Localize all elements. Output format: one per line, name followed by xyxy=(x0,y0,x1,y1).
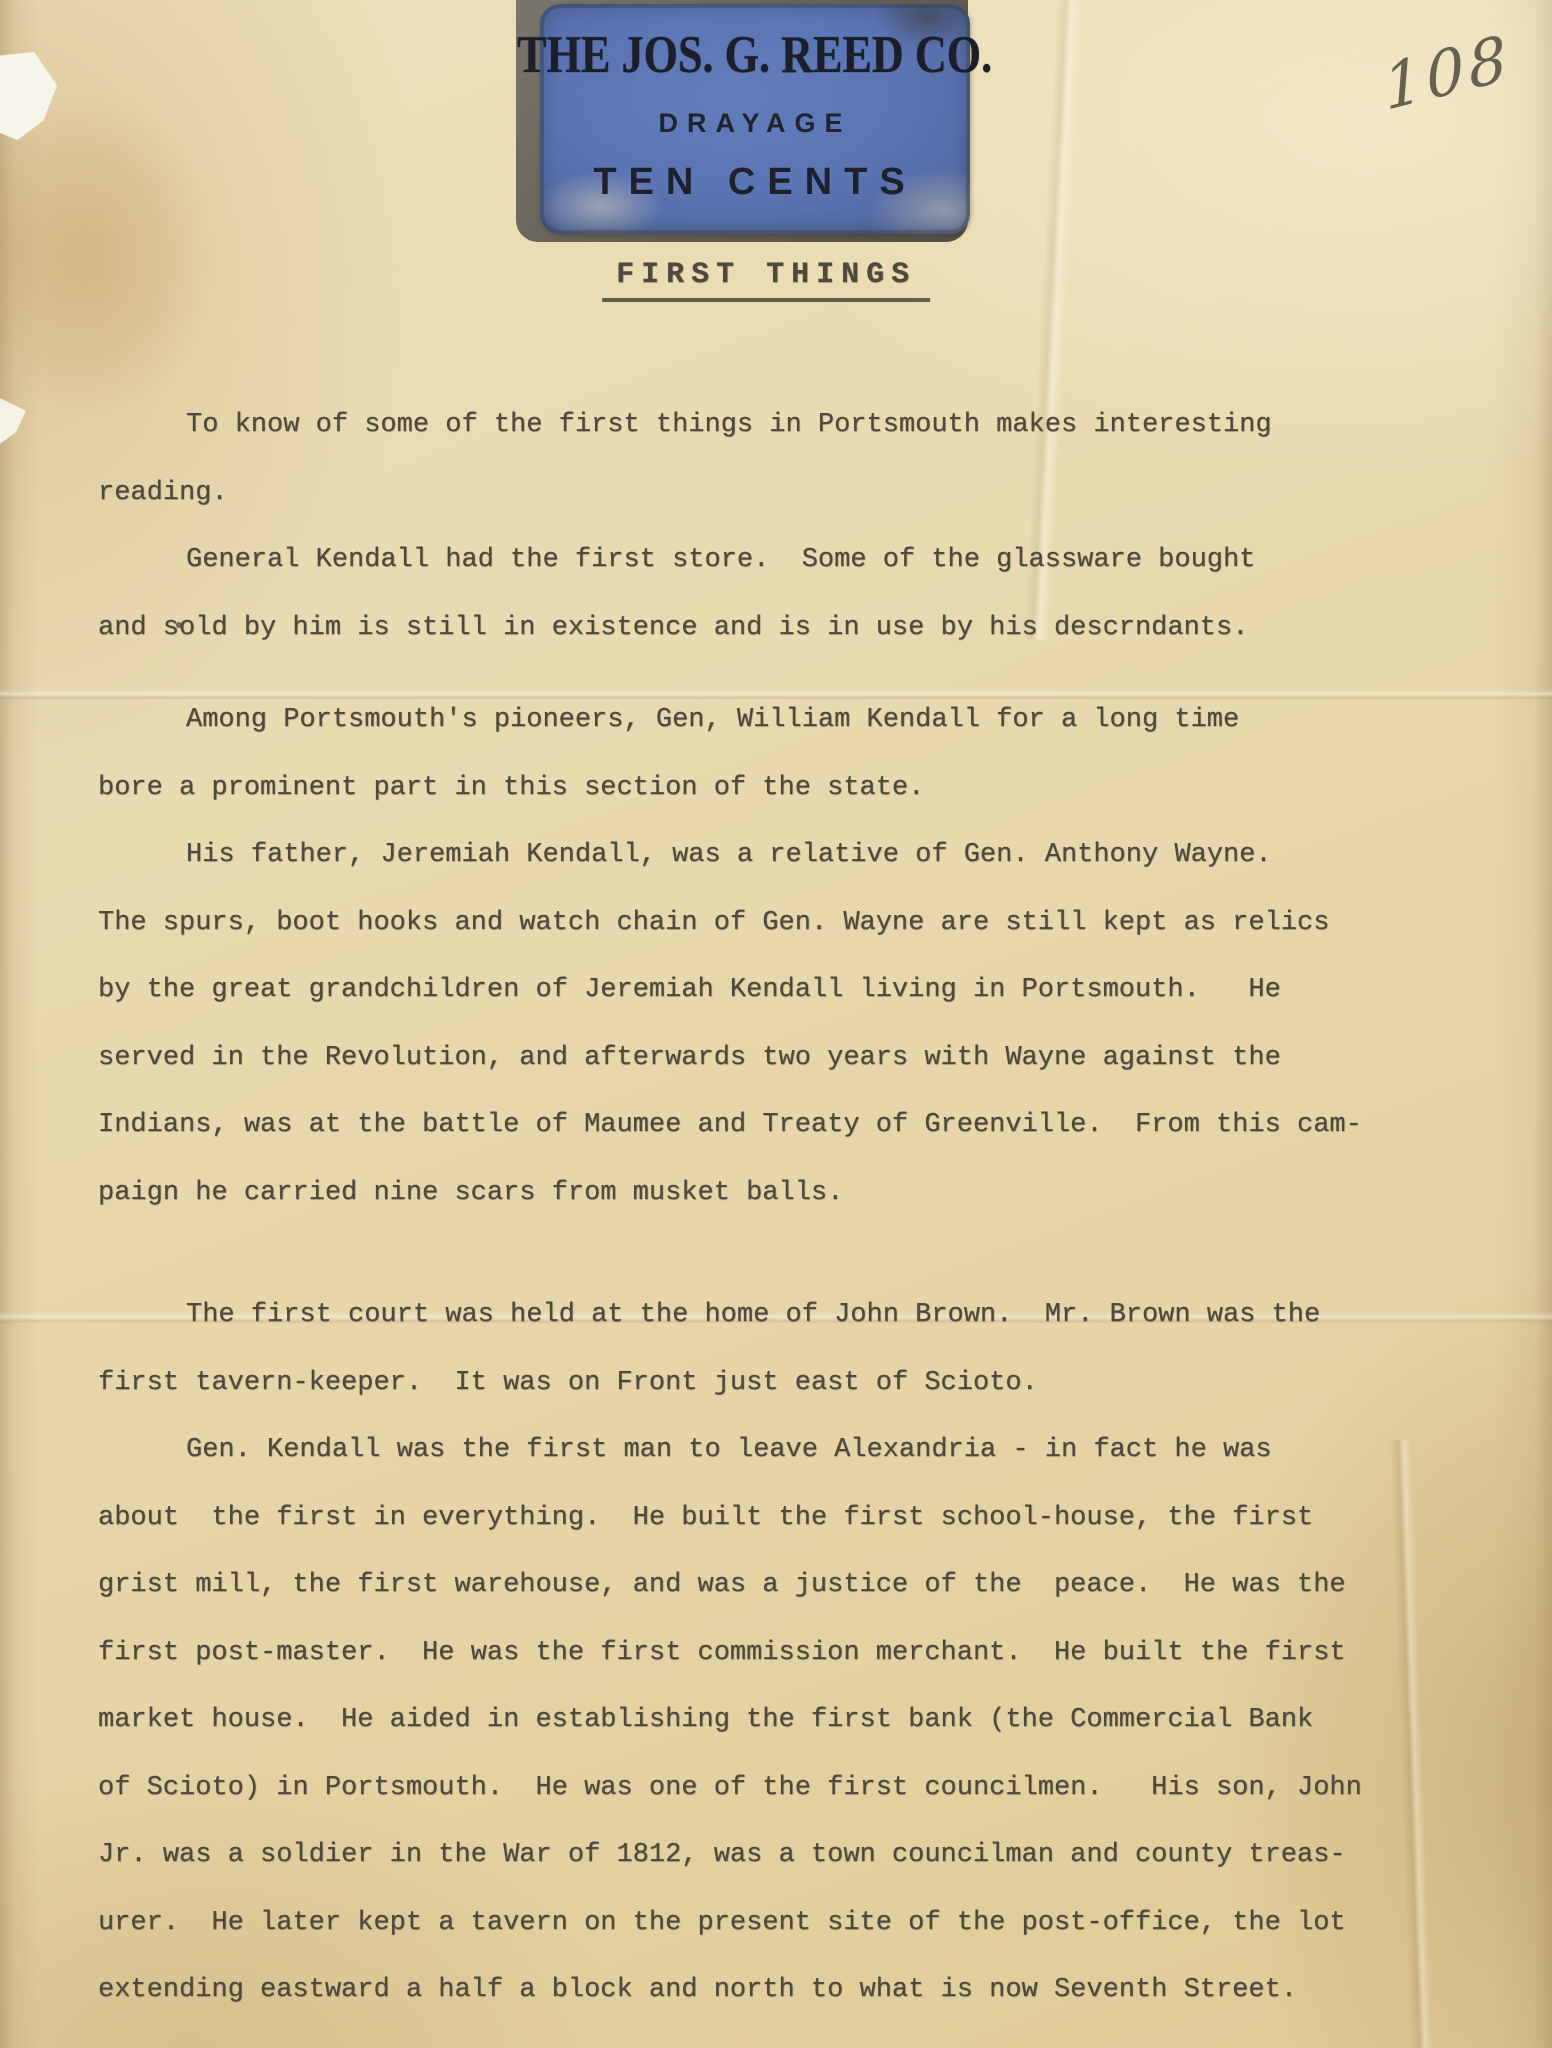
paper-sheet: THE JOS. G. REED CO. DRAYAGE TEN CENTS 1… xyxy=(0,0,1552,2048)
text-line: of Scioto) in Portsmouth. He was one of … xyxy=(98,1755,1458,1823)
text-line: first tavern-keeper. It was on Front jus… xyxy=(98,1350,1458,1418)
text-line: about the first in everything. He built … xyxy=(98,1485,1458,1553)
text-line: To know of some of the first things in P… xyxy=(98,392,1458,460)
text-line: by the great grandchildren of Jeremiah K… xyxy=(98,957,1458,1025)
paragraph: Gen. Kendall was the first man to leave … xyxy=(98,1417,1458,2025)
text-line: and sold by him is still in existence an… xyxy=(98,595,1458,663)
text-line: market house. He aided in establishing t… xyxy=(98,1687,1458,1755)
torn-edge-chip xyxy=(0,52,62,140)
text-line: paign he carried nine scars from musket … xyxy=(98,1160,1458,1228)
drayage-ticket-stamp: THE JOS. G. REED CO. DRAYAGE TEN CENTS xyxy=(540,4,970,234)
paragraph: Among Portsmouth's pioneers, Gen, Willia… xyxy=(98,687,1458,822)
text-line: extending eastward a half a block and no… xyxy=(98,1957,1458,2025)
text-line: Among Portsmouth's pioneers, Gen, Willia… xyxy=(98,687,1458,755)
ticket-company-name: THE JOS. G. REED CO. xyxy=(517,25,992,85)
text-line: reading. xyxy=(98,460,1458,528)
ticket-service-label: DRAYAGE xyxy=(658,108,851,139)
paragraph: His father, Jeremiah Kendall, was a rela… xyxy=(98,822,1458,1227)
text-line: grist mill, the first warehouse, and was… xyxy=(98,1552,1458,1620)
text-line: General Kendall had the first store. Som… xyxy=(98,527,1458,595)
document-body: To know of some of the first things in P… xyxy=(98,392,1458,2025)
text-line: first post-master. He was the first comm… xyxy=(98,1620,1458,1688)
scanned-page-photo: { "ticket": { "company": "THE JOS. G. RE… xyxy=(0,0,1552,2048)
handwritten-page-number: 108 xyxy=(1380,20,1514,125)
text-line: The first court was held at the home of … xyxy=(98,1282,1458,1350)
paper-stain xyxy=(0,90,220,420)
paragraph: To know of some of the first things in P… xyxy=(98,392,1458,527)
text-line: bore a prominent part in this section of… xyxy=(98,755,1458,823)
text-line: Jr. was a soldier in the War of 1812, wa… xyxy=(98,1822,1458,1890)
text-line: Indians, was at the battle of Maumee and… xyxy=(98,1092,1458,1160)
document-title: FIRST THINGS xyxy=(602,258,930,302)
text-line: served in the Revolution, and afterwards… xyxy=(98,1025,1458,1093)
torn-edge-chip xyxy=(0,398,26,444)
paragraph: The first court was held at the home of … xyxy=(98,1282,1458,1417)
text-line: Gen. Kendall was the first man to leave … xyxy=(98,1417,1458,1485)
text-line: urer. He later kept a tavern on the pres… xyxy=(98,1890,1458,1958)
text-line: The spurs, boot hooks and watch chain of… xyxy=(98,890,1458,958)
ticket-price-label: TEN CENTS xyxy=(593,161,916,204)
text-line: His father, Jeremiah Kendall, was a rela… xyxy=(98,822,1458,890)
paragraph: General Kendall had the first store. Som… xyxy=(98,527,1458,662)
